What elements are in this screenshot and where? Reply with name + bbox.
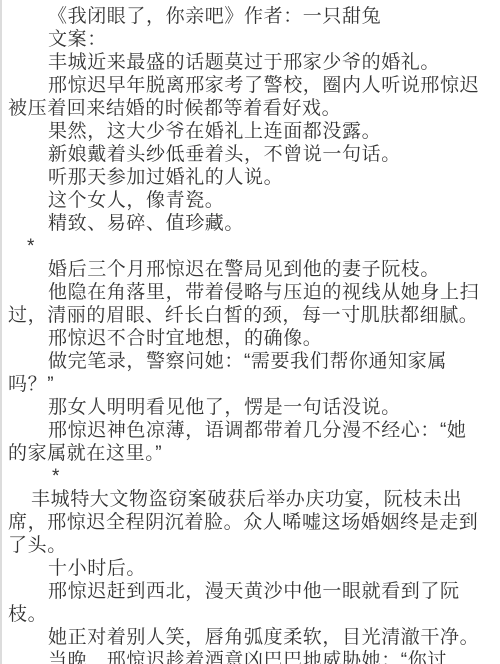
text-line: 了头。 [0, 534, 500, 557]
text-line: 的家属就在这里。” [0, 442, 500, 465]
novel-synopsis-page: 《我闭眼了，你亲吧》作者：一只甜兔文案：丰城近来最盛的话题莫过于邢家少爷的婚礼。… [0, 0, 500, 664]
text-line: 枝。 [0, 603, 500, 626]
book-title-line: 《我闭眼了，你亲吧》作者：一只甜兔 [0, 5, 500, 28]
text-line: 邢惊迟赶到西北，漫天黄沙中他一眼就看到了阮 [0, 580, 500, 603]
text-line: 那女人明明看见他了，愣是一句话没说。 [0, 396, 500, 419]
text-line: 听那天参加过婚礼的人说。 [0, 166, 500, 189]
text-line: 当晚，邢惊迟趁着酒意凶巴巴地威胁她：“你过 [0, 649, 500, 664]
section-divider: * [0, 235, 500, 258]
text-line: 被压着回来结婚的时候都等着看好戏。 [0, 97, 500, 120]
text-line: 新娘戴着头纱低垂着头，不曾说一句话。 [0, 143, 500, 166]
text-line: 这个女人，像青瓷。 [0, 189, 500, 212]
text-line: 精致、易碎、值珍藏。 [0, 212, 500, 235]
text-line: 婚后三个月邢惊迟在警局见到他的妻子阮枝。 [0, 258, 500, 281]
text-line: 做完笔录，警察问她：“需要我们帮你通知家属 [0, 350, 500, 373]
text-line: 过，清丽的眉眼、纤长白皙的颈，每一寸肌肤都细腻。 [0, 304, 500, 327]
left-edge-border [0, 0, 2, 664]
text-lines: 《我闭眼了，你亲吧》作者：一只甜兔文案：丰城近来最盛的话题莫过于邢家少爷的婚礼。… [0, 0, 500, 664]
text-line: 果然，这大少爷在婚礼上连面都没露。 [0, 120, 500, 143]
text-line: 她正对着别人笑，唇角弧度柔软，目光清澈干净。 [0, 626, 500, 649]
text-line: 丰城近来最盛的话题莫过于邢家少爷的婚礼。 [0, 51, 500, 74]
text-line: 他隐在角落里，带着侵略与压迫的视线从她身上扫 [0, 281, 500, 304]
section-divider: * [0, 465, 500, 488]
text-line: 邢惊迟神色凉薄，语调都带着几分漫不经心：“她 [0, 419, 500, 442]
text-line: 丰城特大文物盗窃案破获后举办庆功宴，阮枝未出 [0, 488, 500, 511]
text-line: 席，邢惊迟全程阴沉着脸。众人唏嘘这场婚姻终是走到 [0, 511, 500, 534]
text-line: 十小时后。 [0, 557, 500, 580]
text-line: 邢惊迟早年脱离邢家考了警校，圈内人听说邢惊迟 [0, 74, 500, 97]
section-label-line: 文案： [0, 28, 500, 51]
text-line: 吗？” [0, 373, 500, 396]
text-line: 邢惊迟不合时宜地想，的确像。 [0, 327, 500, 350]
